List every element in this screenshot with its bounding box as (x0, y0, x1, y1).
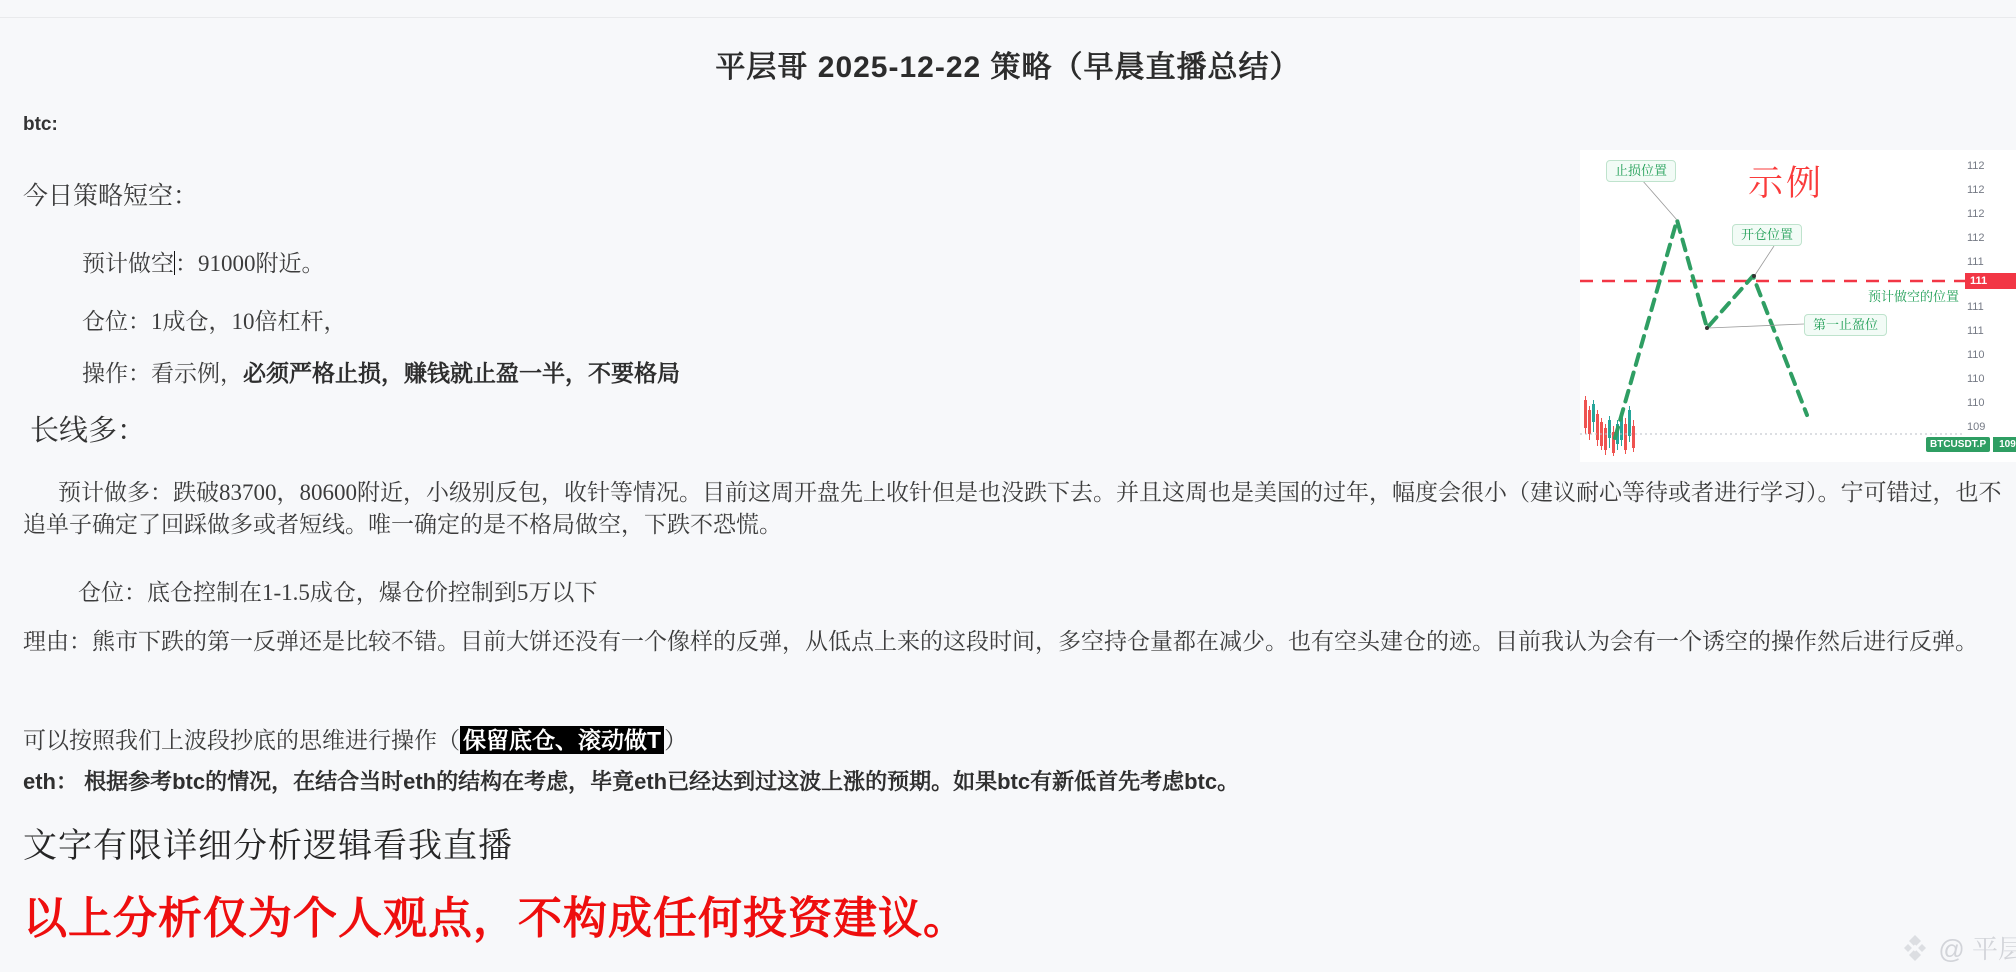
short-price-tag: 111 (1965, 273, 2016, 289)
stop-loss-label: 止损位置 (1606, 160, 1676, 182)
price-tick: 112 (1967, 232, 2016, 244)
open-position-pointer-line (1755, 246, 1774, 275)
price-tick: 109 (1967, 421, 2016, 433)
long-position-line: 仓位：底仓控制在1-1.5成仓，爆仓价控制到5万以下 (78, 574, 597, 607)
first-tp-pointer-line (1708, 324, 1804, 328)
open-position-label: 开仓位置 (1732, 224, 1802, 246)
long-strategy-heading: 长线多： (30, 408, 146, 449)
stop-loss-pointer-line (1642, 180, 1677, 220)
short-entry-line: 预计做空：91000附近。 (82, 245, 325, 278)
short-entry-prefix: 预计做空 (82, 251, 174, 276)
price-tick: 110 (1967, 397, 2016, 409)
expected-short-note: 预计做空的位置 (1868, 286, 1959, 305)
price-tick: 112 (1967, 160, 2016, 172)
watermark-text: @ 平层 (1938, 929, 2016, 966)
short-action-prefix: 操作：看示例， (82, 361, 243, 386)
short-position-line: 仓位：1成仓，10倍杠杆， (82, 303, 347, 336)
price-tick: 112 (1967, 184, 2016, 196)
eth-section-line: eth： 根据参考btc的情况，在结合当时eth的结构在考虑，毕竟eth已经达到… (23, 765, 2010, 796)
operate-suffix: ） (664, 728, 687, 753)
first-tp-dot (1705, 326, 1709, 330)
example-title: 示例 (1748, 156, 1824, 206)
price-tick: 110 (1967, 373, 2016, 385)
watermark: @ 平层 (1900, 929, 2016, 966)
disclaimer-text: 以上分析仅为个人观点，不构成任何投资建议。 (23, 882, 968, 946)
price-tick: 111 (1967, 301, 2016, 313)
price-tick: 111 (1967, 256, 2016, 268)
reason-paragraph: 理由：熊市下跌的第一反弹还是比较不错。目前大饼还没有一个像样的反弹，从低点上来的… (23, 625, 2010, 659)
short-entry-suffix: ：91000附近。 (175, 251, 325, 276)
candlesticks (1584, 396, 1635, 456)
long-entry-paragraph: 预计做多：跌破83700，80600附近，小级别反包，收针等情况。目前这周开盘先… (23, 477, 2010, 541)
short-strategy-heading: 今日策略短空： (23, 176, 198, 212)
binance-diamond-icon (1900, 933, 1930, 963)
last-price-badge: 109 (1993, 437, 2016, 452)
price-tick: 111 (1967, 325, 2016, 337)
price-tick: 110 (1967, 349, 2016, 361)
price-tick: 112 (1967, 208, 2016, 220)
top-divider (0, 17, 2016, 18)
first-tp-label: 第一止盈位 (1804, 314, 1887, 336)
operate-line: 可以按照我们上波段抄底的思维进行操作（保留底仓、滚动做T） (23, 722, 687, 755)
open-position-dot (1752, 274, 1756, 278)
btc-section-label: btc: (23, 114, 58, 136)
operate-prefix: 可以按照我们上波段抄底的思维进行操作（ (23, 728, 460, 753)
example-chart: 止损位置 示例 开仓位置 预计做空的位置 第一止盈位 111 112 112 1… (1580, 150, 2016, 462)
short-action-bold: 必须严格止损，赚钱就止盈一半，不要格局 (243, 361, 680, 386)
symbol-badge-row: BTCUSDT.P 109 (1926, 437, 2016, 452)
page-title: 平层哥 2025-12-22 策略（早晨直播总结） (0, 42, 2016, 86)
outro-line: 文字有限详细分析逻辑看我直播 (23, 818, 513, 867)
price-sketch-path (1615, 220, 1807, 438)
operate-highlight: 保留底仓、滚动做T (460, 726, 664, 754)
short-action-line: 操作：看示例，必须严格止损，赚钱就止盈一半，不要格局 (82, 355, 680, 388)
symbol-badge: BTCUSDT.P (1926, 437, 1990, 452)
